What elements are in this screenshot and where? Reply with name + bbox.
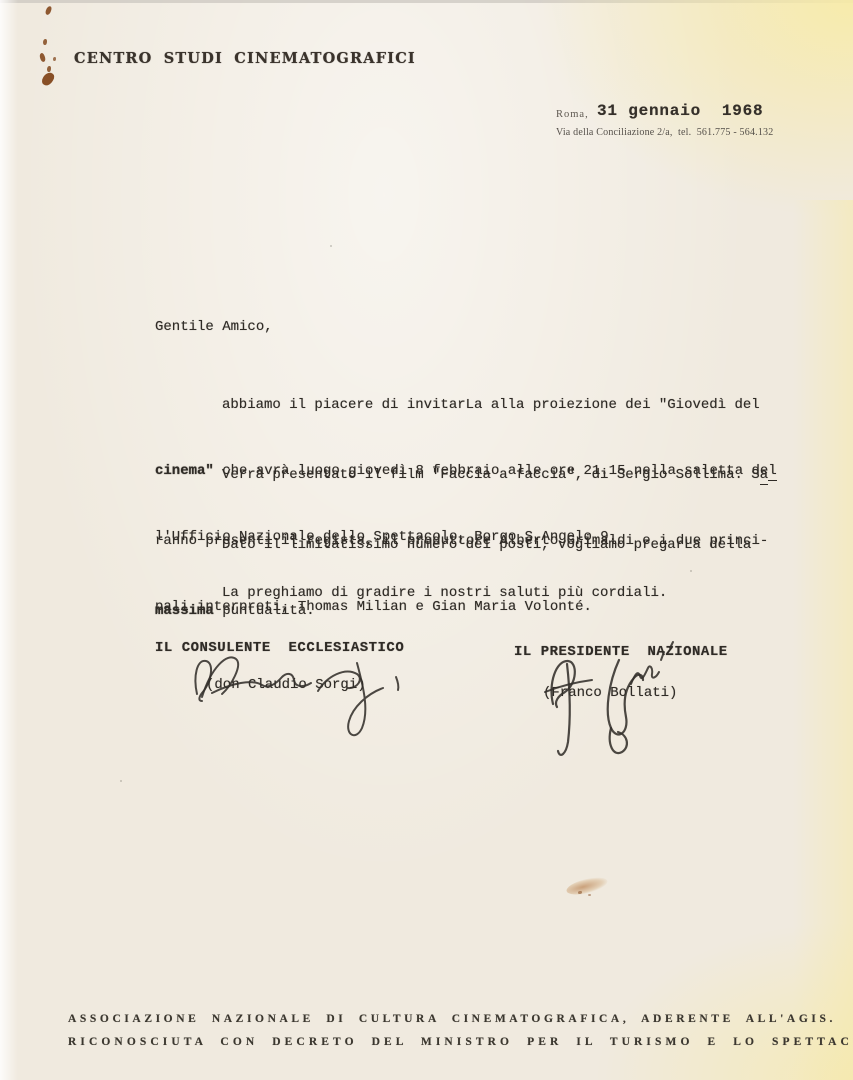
body-line: Verrà presentato il film "Faccia a facci…: [155, 464, 795, 486]
paragraph-4: La preghiamo di gradire i nostri saluti …: [155, 538, 795, 648]
hyphenation-mark: a: [760, 467, 768, 485]
letterhead-org-name: CENTRO STUDI CINEMATOGRAFICI: [74, 50, 416, 67]
signature-typed-name-right: (Franco Bollati): [543, 685, 677, 701]
footer-association-line1: ASSOCIAZIONE NAZIONALE DI CULTURA CINEMA…: [68, 1013, 790, 1025]
body-line: La preghiamo di gradire i nostri saluti …: [155, 582, 795, 604]
signature-title-right: IL PRESIDENTE NAZIONALE: [514, 644, 728, 660]
scanned-letter-page: CENTRO STUDI CINEMATOGRAFICI Roma, 31 ge…: [0, 0, 853, 1080]
letter-date: 31 gennaio 1968: [597, 102, 763, 120]
scan-edge-left: [0, 0, 18, 1080]
letterhead-address: Via della Conciliazione 2/a, tel. 561.77…: [556, 127, 773, 138]
signature-title-left: IL CONSULENTE ECCLESIASTICO: [155, 640, 404, 656]
letterhead-city: Roma,: [556, 109, 589, 120]
scan-speck: [330, 245, 332, 247]
body-line: abbiamo il piacere di invitarLa alla pro…: [155, 394, 795, 416]
salutation: Gentile Amico,: [155, 316, 273, 338]
signature-typed-name-left: (don Claudio Sorgi): [206, 677, 366, 693]
aging-stain-bottom-right: [593, 920, 853, 1080]
body-line-segment: Verrà presentato il film "Faccia a facci…: [222, 467, 760, 483]
paper-stain-speck: [588, 894, 591, 896]
scan-speck: [120, 780, 122, 782]
footer-association-line2: RICONOSCIUTA CON DECRETO DEL MINISTRO PE…: [68, 1036, 790, 1048]
